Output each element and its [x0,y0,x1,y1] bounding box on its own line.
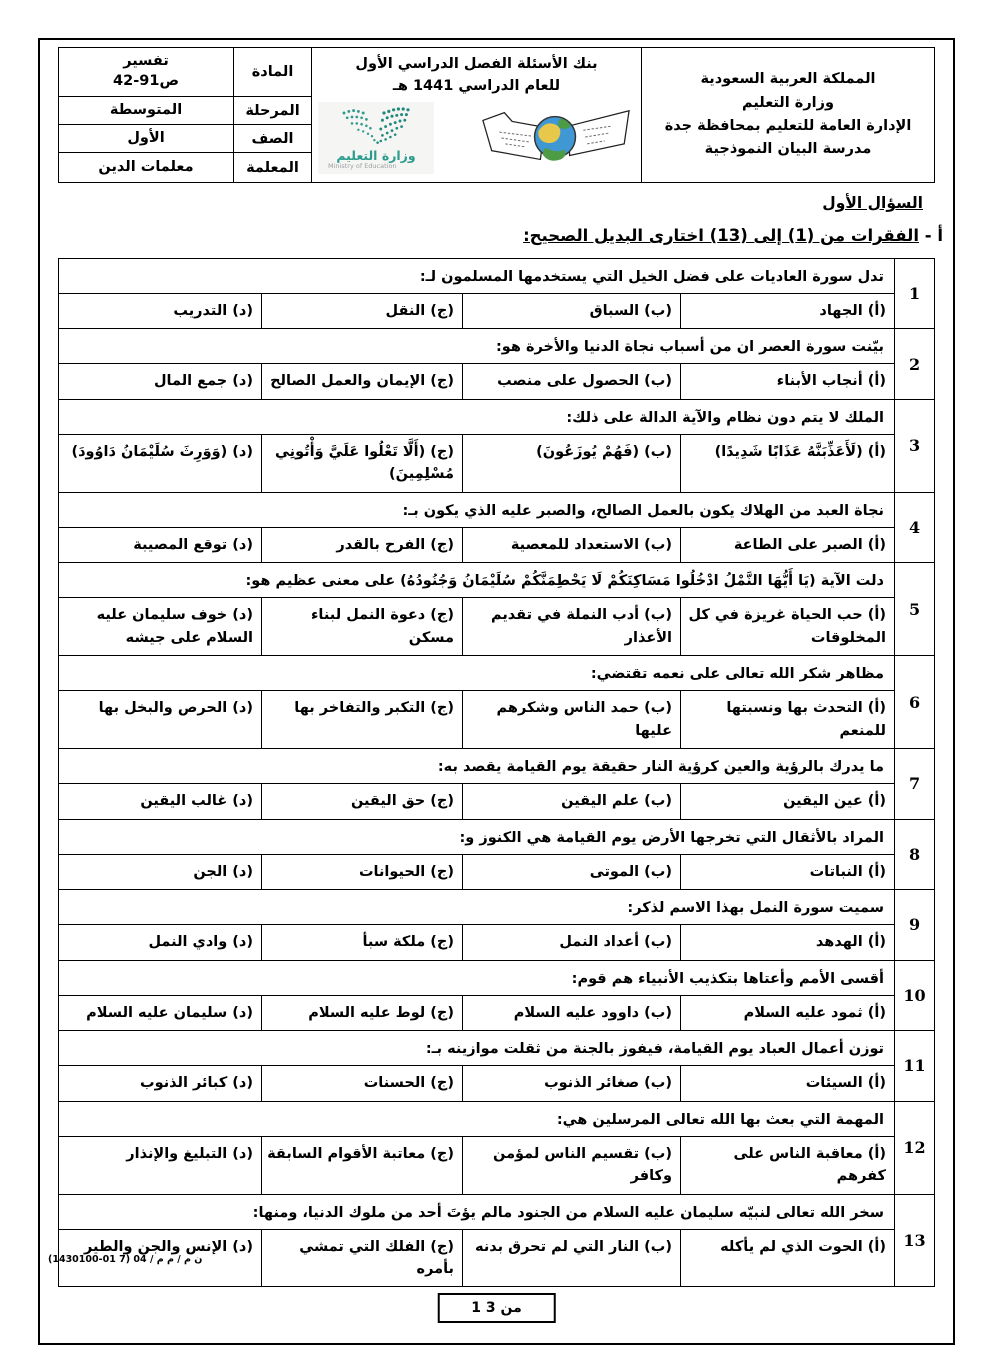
option-cell-d: (د) الجن [59,855,261,889]
page: المملكة العربية السعودية وزارة التعليم ا… [38,38,955,1345]
question-number: 2 [894,329,934,398]
field-label: المرحلة [233,97,311,124]
field-value: الأول [59,125,233,152]
question-block: 9 سميت سورة النمل بهذا الاسم لذكر: (أ) ا… [58,889,935,959]
option-cell-a: (أ) الجهاد [680,294,894,328]
option-cell-c: (ج) معاتبة الأقوام السابقة [261,1137,462,1194]
ministry-logo-title: وزارة التعليم [322,149,430,163]
field-label: المعلمة [233,153,311,182]
option-cell-c: (ج) التكبر والتفاخر بها [261,691,462,748]
option-cell-b: (ب) علم اليقين [462,784,680,818]
school-info-line: وزارة التعليم [742,92,834,115]
school-info-line: الإدارة العامة للتعليم بمحافظة جدة [665,115,912,138]
option-cell-b: (ب) داوود عليه السلام [462,996,680,1030]
option-cell-d: (د) التدريب [59,294,261,328]
question-number: 5 [894,563,934,655]
field-label: المادة [233,48,311,96]
question-number: 9 [894,890,934,959]
option-cell-a: (أ) (لَأَعَذِّبَنَّهُ عَذَابًا شَدِيدًا) [680,435,894,492]
option-cell-a: (أ) ثمود عليه السلام [680,996,894,1030]
field-label: الصف [233,125,311,152]
question-block: 2 بيّنت سورة العصر ان من أسباب نجاة الدن… [58,328,935,398]
option-cell-d: (د) الحرص والبخل بها [59,691,261,748]
question-block: 8 المراد بالأثقال التي تخرجها الأرض يوم … [58,819,935,889]
option-cell-a: (أ) التحدث بها ونسبتها للمنعم [680,691,894,748]
option-cell-a: (أ) الحوت الذي لم يأكله [680,1230,894,1287]
question-text: ما يدرك بالرؤية والعين كرؤية النار حقيقة… [59,749,894,784]
option-cell-d: (د) سليمان عليه السلام [59,996,261,1030]
question-text: أقسى الأمم وأعتاها بتكذيب الأنبياء هم قو… [59,961,894,996]
question-number: 8 [894,820,934,889]
question-block: 5 دلت الآية (يَا أَيُّهَا النَّمْلُ ادْخ… [58,562,935,655]
option-cell-b: (ب) أعداد النمل [462,925,680,959]
question-text: توزن أعمال العباد يوم القيامة، فيفوز بال… [59,1031,894,1066]
logo-row: وزارة التعليم Ministry of Education [312,98,641,182]
option-cell-a: (أ) النباتات [680,855,894,889]
question-block: 7 ما يدرك بالرؤية والعين كرؤية النار حقي… [58,748,935,818]
question-block: 10 أقسى الأمم وأعتاها بتكذيب الأنبياء هم… [58,960,935,1030]
page-indicator: 1 من 3 [437,1293,556,1323]
question-number: 7 [894,749,934,818]
ministry-logo-subtitle: Ministry of Education [322,162,430,170]
exam-title-line2: للعام الدراسي 1441 هـ [312,75,641,97]
header-fields: المادة تفسير ص91-42 المرحلة المتوسطة الص… [59,48,311,182]
question-text: الملك لا يتم دون نظام والآية الدالة على … [59,400,894,435]
option-cell-b: (ب) أدب النملة في تقديم الأعذار [462,598,680,655]
question-number: 12 [894,1102,934,1194]
option-cell-d: (د) جمع المال [59,364,261,398]
question-number: 4 [894,493,934,562]
question-block: 6 مظاهر شكر الله تعالى على نعمه تقتضي: (… [58,655,935,748]
instruction: أ - الفقرات من (1) إلى (13) اختارى البدي… [40,226,943,245]
option-cell-d: (د) توقع المصيبة [59,528,261,562]
option-cell-b: (ب) الحصول على منصب [462,364,680,398]
option-cell-a: (أ) السيئات [680,1066,894,1100]
question-text: مظاهر شكر الله تعالى على نعمه تقتضي: [59,656,894,691]
option-cell-a: (أ) حب الحياة غريزة في كل المخلوقات [680,598,894,655]
exam-title-line1: بنك الأسئلة الفصل الدراسي الأول [312,53,641,75]
option-cell-a: (أ) الهدهد [680,925,894,959]
option-cell-c: (ج) الإيمان والعمل الصالح [261,364,462,398]
ministry-logo: وزارة التعليم Ministry of Education [318,102,434,175]
question-text: المراد بالأثقال التي تخرجها الأرض يوم ال… [59,820,894,855]
option-cell-a: (أ) عين اليقين [680,784,894,818]
option-cell-a: (أ) الصبر على الطاعة [680,528,894,562]
question-block: 12 المهمة التي بعث بها الله تعالى المرسل… [58,1101,935,1194]
question-number: 10 [894,961,934,1030]
option-cell-b: (ب) (فَهُمْ يُوزَعُونَ) [462,435,680,492]
option-cell-c: (ج) (أَلَّا تَعْلُوا عَلَيَّ وَأْتُونِي … [261,435,462,492]
instruction-prefix: أ - [919,226,943,245]
question-text: نجاة العبد من الهلاك يكون بالعمل الصالح،… [59,493,894,528]
option-cell-b: (ب) الموتى [462,855,680,889]
school-info-block: المملكة العربية السعودية وزارة التعليم ا… [642,48,934,182]
question-text: سميت سورة النمل بهذا الاسم لذكر: [59,890,894,925]
question-block: 3 الملك لا يتم دون نظام والآية الدالة عل… [58,399,935,492]
question-text: دلت الآية (يَا أَيُّهَا النَّمْلُ ادْخُل… [59,563,894,598]
question-number: 3 [894,400,934,492]
option-cell-d: (د) (وَوَرِثَ سُلَيْمَانُ دَاوُودَ) [59,435,261,492]
question-block: 11 توزن أعمال العباد يوم القيامة، فيفوز … [58,1030,935,1100]
option-cell-c: (ج) الحسنات [261,1066,462,1100]
option-cell-c: (ج) حق اليقين [261,784,462,818]
doc-code: ن م / م م / 04 (7 01-1430100) [48,1254,202,1265]
question-number: 1 [894,259,934,328]
option-cell-b: (ب) الاستعداد للمعصية [462,528,680,562]
field-row: المرحلة المتوسطة [59,97,311,125]
option-cell-d: (د) كبائر الذنوب [59,1066,261,1100]
question-text: تدل سورة العاديات على فضل الخيل التي يست… [59,259,894,294]
question-block: 4 نجاة العبد من الهلاك يكون بالعمل الصال… [58,492,935,562]
option-cell-c: (ج) الحيوانات [261,855,462,889]
option-cell-a: (أ) أنجاب الأبناء [680,364,894,398]
instruction-text: الفقرات من (1) إلى (13) اختارى البديل ال… [523,226,919,245]
question-text: المهمة التي بعث بها الله تعالى المرسلين … [59,1102,894,1137]
field-row: المعلمة معلمات الدين [59,153,311,182]
option-cell-b: (ب) تقسيم الناس لمؤمن وكافر [462,1137,680,1194]
option-cell-c: (ج) دعوة النمل لبناء مسكن [261,598,462,655]
option-cell-b: (ب) النار التي لم تحرق بدنه [462,1230,680,1287]
question-block: 13 سخر الله تعالى لنبيّه سليمان عليه الس… [58,1194,935,1287]
option-cell-c: (ج) الفلك التي تمشي بأمره [261,1230,462,1287]
option-cell-c: (ج) لوط عليه السلام [261,996,462,1030]
school-stamp-icon [477,100,635,176]
option-cell-c: (ج) النقل [261,294,462,328]
question-table: 1 تدل سورة العاديات على فضل الخيل التي ي… [58,258,935,1287]
header-middle-cell: بنك الأسئلة الفصل الدراسي الأول للعام ال… [311,48,642,182]
option-cell-d: (د) التبليغ والإنذار [59,1137,261,1194]
exam-header-table: المملكة العربية السعودية وزارة التعليم ا… [58,47,935,183]
option-cell-c: (ج) الفرح بالقدر [261,528,462,562]
field-value: المتوسطة [59,97,233,124]
option-cell-b: (ب) حمد الناس وشكرهم عليها [462,691,680,748]
question-number: 13 [894,1195,934,1287]
option-cell-d: (د) غالب اليقين [59,784,261,818]
question-number: 6 [894,656,934,748]
field-row: الصف الأول [59,125,311,153]
option-cell-b: (ب) السباق [462,294,680,328]
option-cell-d: (د) خوف سليمان عليه السلام على جيشه [59,598,261,655]
school-info-line: مدرسة البيان النموذجية [705,138,872,161]
school-info-line: المملكة العربية السعودية [701,68,876,91]
question-block: 1 تدل سورة العاديات على فضل الخيل التي ي… [58,258,935,328]
section-heading: السؤال الأول [40,194,923,212]
option-cell-a: (أ) معاقبة الناس على كفرهم [680,1137,894,1194]
field-row: المادة تفسير ص91-42 [59,48,311,97]
question-number: 11 [894,1031,934,1100]
exam-title: بنك الأسئلة الفصل الدراسي الأول للعام ال… [312,48,641,98]
option-cell-b: (ب) صغائر الذنوب [462,1066,680,1100]
question-text: سخر الله تعالى لنبيّه سليمان عليه السلام… [59,1195,894,1230]
field-value: تفسير ص91-42 [59,48,233,96]
ministry-logo-dots-icon [328,105,424,145]
option-cell-d: (د) وادي النمل [59,925,261,959]
field-value: معلمات الدين [59,153,233,182]
option-cell-c: (ج) ملكة سبأ [261,925,462,959]
question-text: بيّنت سورة العصر ان من أسباب نجاة الدنيا… [59,329,894,364]
